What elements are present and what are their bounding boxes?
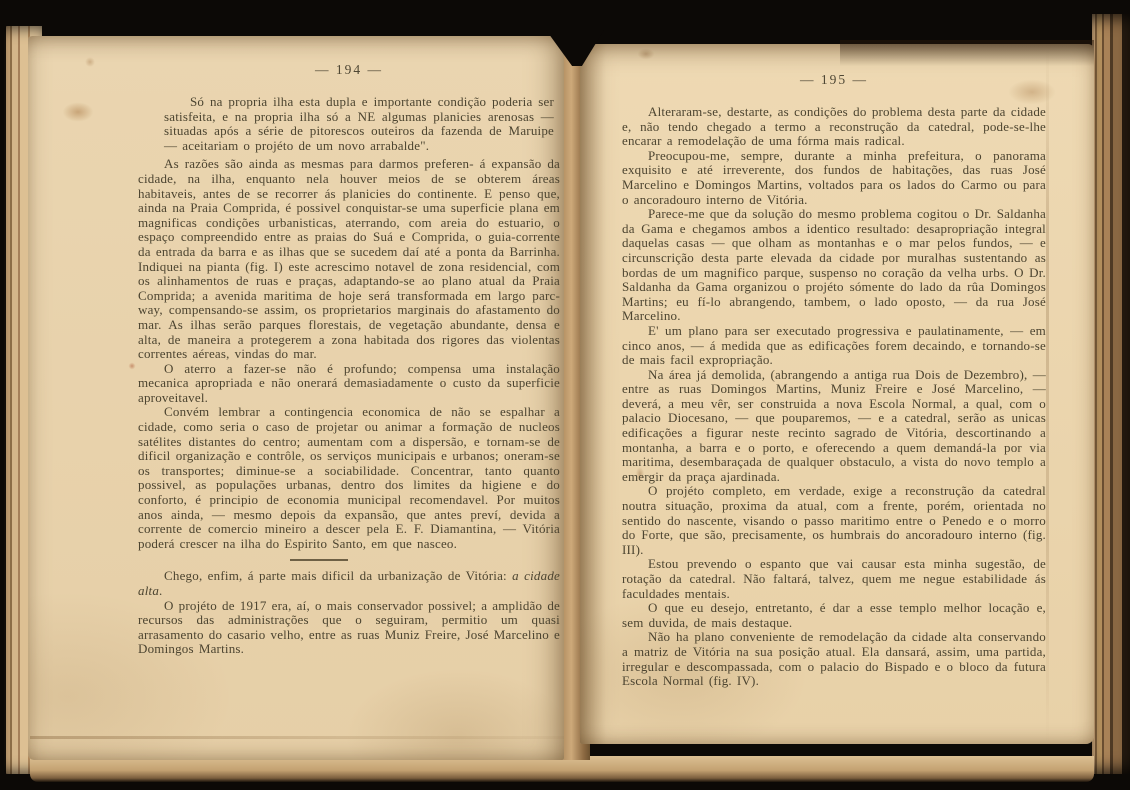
page-number-right: — 195 — <box>622 72 1046 88</box>
paragraph: O projéto de 1917 era, aí, o mais conser… <box>138 599 560 657</box>
right-page-body: Alteraram-se, destarte, as condições do … <box>622 105 1046 689</box>
top-shadow <box>840 40 1094 66</box>
paragraph: Parece-me que da solução do mesmo proble… <box>622 207 1046 324</box>
paragraph: As razões são ainda as mesmas para darmo… <box>138 157 560 361</box>
right-page: — 195 — Alteraram-se, destarte, as condi… <box>580 44 1094 744</box>
right-text-column: — 195 — Alteraram-se, destarte, as condi… <box>622 72 1046 689</box>
page-number-left: — 194 — <box>138 62 560 78</box>
paragraph: E' um plano para ser executado progressi… <box>622 324 1046 368</box>
paragraph: Chego, enfim, á parte mais dificil da ur… <box>138 569 560 598</box>
left-text-column: — 194 — Só na propria ilha esta dupla e … <box>138 62 560 657</box>
paragraph: Alteraram-se, destarte, as condições do … <box>622 105 1046 149</box>
left-page-body: Só na propria ilha esta dupla e importan… <box>138 95 560 657</box>
paragraph: Estou prevendo o espanto que vai causar … <box>622 557 1046 601</box>
text-segment: . <box>159 583 162 598</box>
paragraph: Não ha plano conveniente de remodelação … <box>622 630 1046 688</box>
paragraph: Convém lembrar a contingencia economica … <box>138 405 560 551</box>
quoted-paragraph: Só na propria ilha esta dupla e importan… <box>164 95 554 153</box>
book-spread: — 194 — Só na propria ilha esta dupla e … <box>0 0 1130 790</box>
page-stack-right-edge <box>1092 14 1130 774</box>
paragraph: O que eu desejo, entretanto, é dar a ess… <box>622 601 1046 630</box>
text-segment: Chego, enfim, á parte mais dificil da ur… <box>164 568 512 583</box>
left-page: — 194 — Só na propria ilha esta dupla e … <box>28 36 564 760</box>
paragraph: O projéto completo, em verdade, exige a … <box>622 484 1046 557</box>
paragraph: O aterro a fazer-se não é profundo; comp… <box>138 362 560 406</box>
section-divider <box>290 559 348 561</box>
paragraph: Na área já demolida, (abrangendo a antig… <box>622 368 1046 485</box>
page-crease <box>30 736 564 739</box>
paragraph: Preocupou-me, sempre, durante a minha pr… <box>622 149 1046 207</box>
